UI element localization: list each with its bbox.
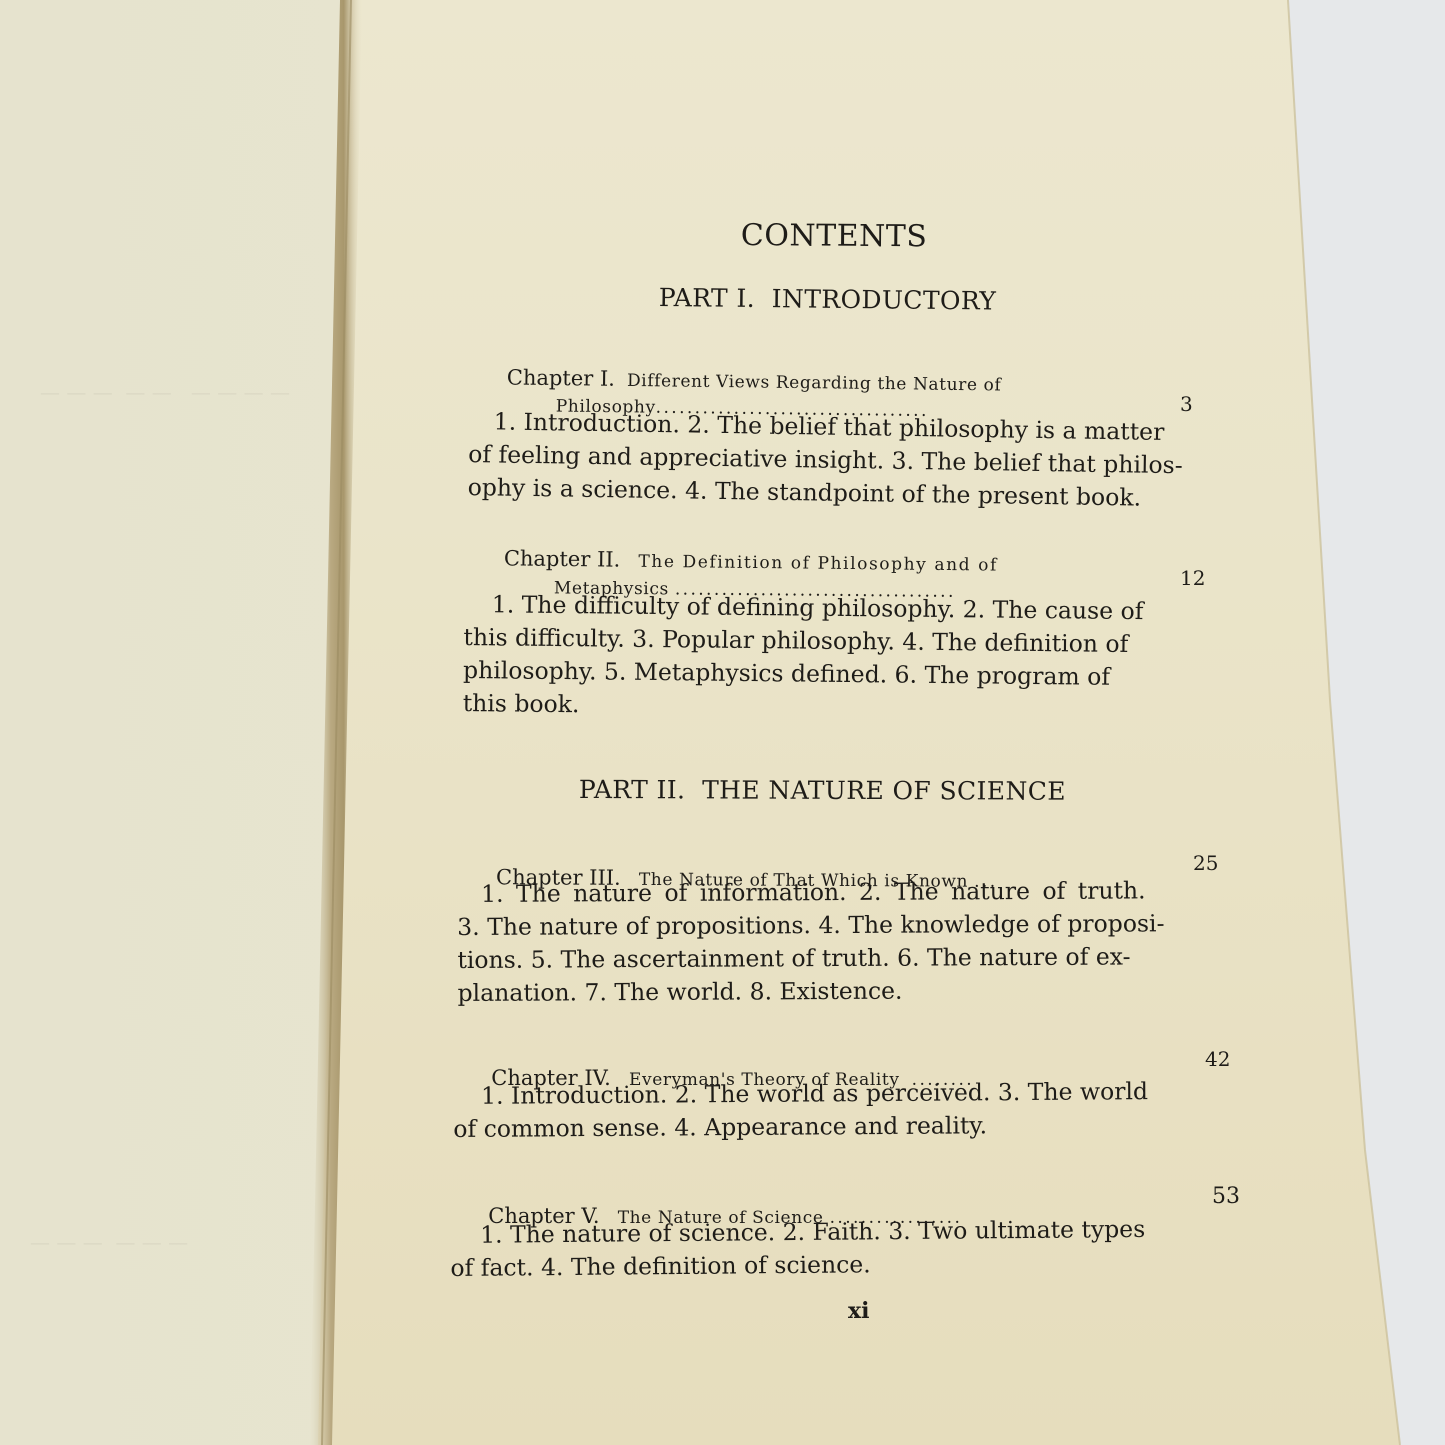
page-number: 42 [1205, 1047, 1230, 1071]
chapter-summary: 1. The nature of science. 2. Faith. 3. T… [450, 1212, 1196, 1284]
part-heading: PART I. INTRODUCTORY [659, 283, 997, 316]
chapter-summary: 1. Introduction. 2. The world as perceiv… [453, 1075, 1183, 1146]
page-folio: xi [848, 1298, 869, 1324]
part-heading: PART II. THE NATURE OF SCIENCE [579, 775, 1066, 806]
page-number: 53 [1212, 1184, 1240, 1209]
summary-line: 3. The nature of propositions. 4. The kn… [457, 907, 1172, 944]
contents-page: CONTENTS PART I. INTRODUCTORY Chapter I.… [0, 0, 1445, 1445]
summary-line: 1. Introduction. 2. The world as perceiv… [453, 1075, 1183, 1113]
summary-line: 1. The nature of science. 2. Faith. 3. T… [450, 1212, 1195, 1252]
chapter-summary: 1. Introduction. 2. The belief that phil… [467, 405, 1148, 515]
summary-line: of common sense. 4. Appearance and reali… [453, 1108, 1183, 1146]
page-title: CONTENTS [741, 218, 928, 254]
chapter-summary: 1. The difficulty of defining philosophy… [463, 588, 1159, 727]
chapter-summary: 1. The nature of information. 2. The nat… [457, 874, 1173, 1010]
summary-line: 1. The nature of information. 2. The nat… [457, 874, 1172, 911]
summary-line: planation. 7. The world. 8. Existence. [458, 973, 1173, 1010]
page-number: 3 [1180, 392, 1193, 416]
page-number: 25 [1193, 851, 1218, 875]
page-number: 12 [1180, 566, 1205, 590]
book-spread-photo: — — — — — — — — — — — — — — — CONTENTS P… [0, 0, 1445, 1445]
summary-line: of fact. 4. The definition of science. [450, 1245, 1195, 1285]
summary-line: tions. 5. The ascertainment of truth. 6.… [457, 940, 1172, 977]
